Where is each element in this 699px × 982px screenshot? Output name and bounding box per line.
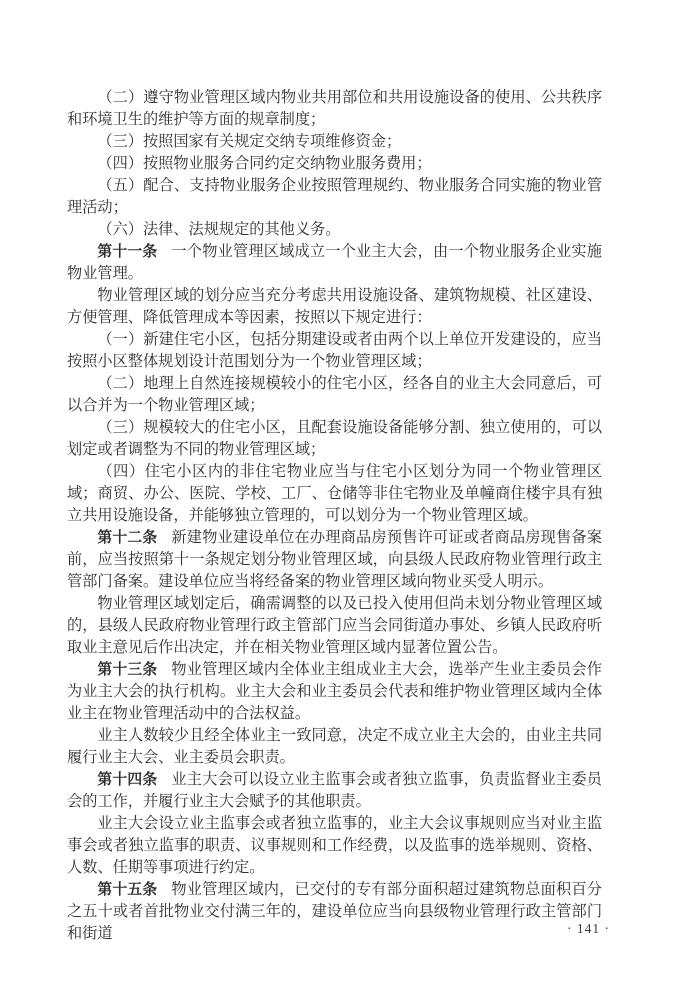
article-number: 第十三条 (97, 662, 157, 678)
paragraph: 第十二条新建物业建设单位在办理商品房预售许可证或者商品房现售备案前，应当按照第十… (67, 527, 602, 593)
paragraph: 业主大会设立业主监事会或者独立监事的，业主大会议事规则应当对业主监事会或者独立监… (67, 813, 602, 879)
paragraph: （三）规模较大的住宅小区，且配套设施设备能够分割、独立使用的，可以划定或者调整为… (67, 417, 602, 461)
paragraph-text: （四）住宅小区内的非住宅物业应当与住宅小区划分为同一个物业管理区域；商贸、办公、… (67, 463, 602, 524)
paragraph: 物业管理区域划定后，确需调整的以及已投入使用但尚未划分物业管理区域的，县级人民政… (67, 593, 602, 659)
article-number: 第十二条 (97, 530, 157, 546)
paragraph-text: （三）规模较大的住宅小区，且配套设施设备能够分割、独立使用的，可以划定或者调整为… (67, 419, 602, 458)
paragraph-text: （二）地理上自然连接规模较小的住宅小区，经各自的业主大会同意后，可以合并为一个物… (67, 375, 602, 414)
paragraph: 业主人数较少且经全体业主一致同意，决定不成立业主大会的，由业主共同履行业主大会、… (67, 725, 602, 769)
paragraph-text: （二）遵守物业管理区域内物业共用部位和共用设施设备的使用、公共秩序和环境卫生的维… (67, 89, 602, 128)
paragraph-text: 业主大会设立业主监事会或者独立监事的，业主大会议事规则应当对业主监事会或者独立监… (67, 815, 602, 876)
paragraph: （四）按照物业服务合同约定交纳物业服务费用； (67, 153, 602, 175)
paragraph: （四）住宅小区内的非住宅物业应当与住宅小区划分为同一个物业管理区域；商贸、办公、… (67, 461, 602, 527)
article-number: 第十四条 (97, 772, 157, 788)
article-number: 第十一条 (97, 244, 157, 260)
document-page: （二）遵守物业管理区域内物业共用部位和共用设施设备的使用、公共秩序和环境卫生的维… (0, 0, 699, 982)
page-number: · 141 · (67, 921, 610, 937)
document-body: （二）遵守物业管理区域内物业共用部位和共用设施设备的使用、公共秩序和环境卫生的维… (67, 87, 602, 945)
paragraph-text: （五）配合、支持物业服务企业按照管理规约、物业服务合同实施的物业管理活动； (67, 177, 602, 216)
paragraph: 物业管理区域的划分应当充分考虑共用设施设备、建筑物规模、社区建设、方便管理、降低… (67, 285, 602, 329)
paragraph-text: （六）法律、法规规定的其他义务。 (97, 221, 340, 238)
paragraph-text: （三）按照国家有关规定交纳专项维修资金； (97, 133, 401, 150)
paragraph: （六）法律、法规规定的其他义务。 (67, 219, 602, 241)
paragraph: 第十四条业主大会可以设立业主监事会或者独立监事，负责监督业主委员会的工作，并履行… (67, 769, 602, 813)
paragraph: （五）配合、支持物业服务企业按照管理规约、物业服务合同实施的物业管理活动； (67, 175, 602, 219)
paragraph-text: 物业管理区域划定后，确需调整的以及已投入使用但尚未划分物业管理区域的，县级人民政… (67, 595, 602, 656)
paragraph: 第十三条物业管理区域内全体业主组成业主大会，选举产生业主委员会作为业主大会的执行… (67, 659, 602, 725)
paragraph-text: （四）按照物业服务合同约定交纳物业服务费用； (97, 155, 431, 172)
paragraph: 第十一条一个物业管理区域成立一个业主大会，由一个物业服务企业实施物业管理。 (67, 241, 602, 285)
paragraph: （三）按照国家有关规定交纳专项维修资金； (67, 131, 602, 153)
paragraph-text: 业主人数较少且经全体业主一致同意，决定不成立业主大会的，由业主共同履行业主大会、… (67, 727, 602, 766)
paragraph-text: 物业管理区域的划分应当充分考虑共用设施设备、建筑物规模、社区建设、方便管理、降低… (67, 287, 602, 326)
paragraph-text: （一）新建住宅小区，包括分期建设或者由两个以上单位开发建设的，应当按照小区整体规… (67, 331, 602, 370)
paragraph: （一）新建住宅小区，包括分期建设或者由两个以上单位开发建设的，应当按照小区整体规… (67, 329, 602, 373)
article-number: 第十五条 (97, 882, 157, 898)
paragraph: （二）地理上自然连接规模较小的住宅小区，经各自的业主大会同意后，可以合并为一个物… (67, 373, 602, 417)
paragraph: （二）遵守物业管理区域内物业共用部位和共用设施设备的使用、公共秩序和环境卫生的维… (67, 87, 602, 131)
